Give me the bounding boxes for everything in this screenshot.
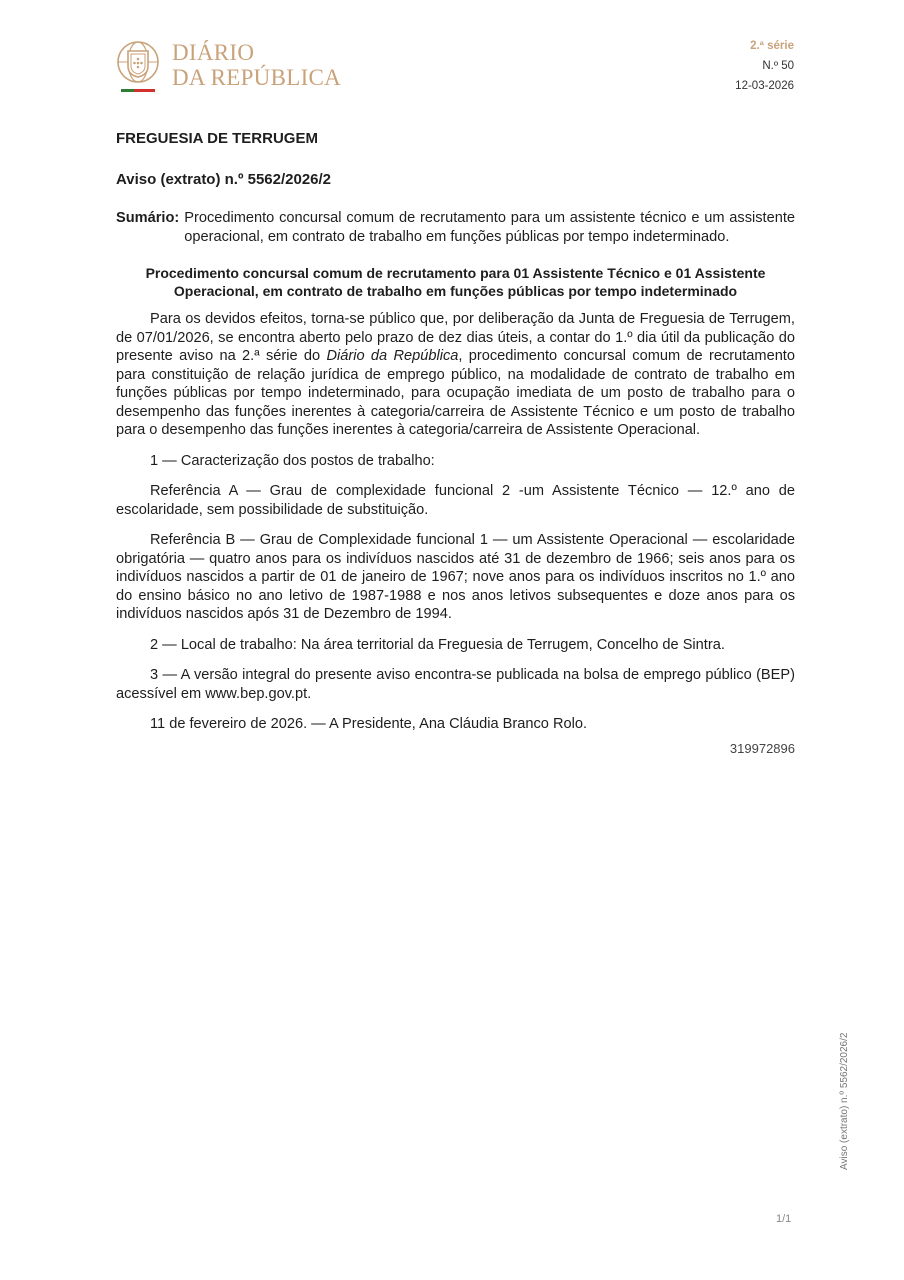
signature-line: 11 de fevereiro de 2026. — A Presidente,… xyxy=(116,715,795,734)
section-heading: Procedimento concursal comum de recrutam… xyxy=(116,264,795,300)
intro-paragraph: Para os devidos efeitos, torna-se públic… xyxy=(116,310,795,440)
page-number: 1/1 xyxy=(776,1213,791,1225)
paragraph-reference-b: Referência B — Grau de Complexidade func… xyxy=(116,531,795,624)
coat-of-arms-icon xyxy=(116,40,160,84)
summary: Sumário: Procedimento concursal comum de… xyxy=(116,209,795,246)
logo-line-2: DA REPÚBLICA xyxy=(172,65,341,90)
logo-text: DIÁRIO DA REPÚBLICA xyxy=(172,40,341,90)
paragraph-section-3: 3 — A versão integral do presente aviso … xyxy=(116,666,795,703)
document-body: FREGUESIA DE TERRUGEM Aviso (extrato) n.… xyxy=(116,130,795,758)
logo-line-1: DIÁRIO xyxy=(172,40,341,65)
serie-label: 2.ª série xyxy=(735,36,794,56)
paragraph-reference-a: Referência A — Grau de complexidade func… xyxy=(116,482,795,519)
diario-da-republica-logo: DIÁRIO DA REPÚBLICA xyxy=(116,40,356,96)
document-title: Aviso (extrato) n.º 5562/2026/2 xyxy=(116,171,795,190)
side-note: Aviso (extrato) n.º 5562/2026/2 xyxy=(839,1033,850,1170)
paragraph-section-1: 1 — Caracterização dos postos de trabalh… xyxy=(116,452,795,471)
summary-text: Procedimento concursal comum de recrutam… xyxy=(184,209,795,246)
publication-name: Diário da República xyxy=(326,348,458,364)
paragraph-section-2: 2 — Local de trabalho: Na área territori… xyxy=(116,636,795,655)
publication-meta: 2.ª série N.º 50 12-03-2026 xyxy=(735,36,794,96)
publication-date: 12-03-2026 xyxy=(735,76,794,96)
issue-number: N.º 50 xyxy=(735,56,794,76)
entity-name: FREGUESIA DE TERRUGEM xyxy=(116,130,795,149)
reference-number: 319972896 xyxy=(116,740,795,759)
flag-stripe xyxy=(121,89,155,92)
summary-label: Sumário: xyxy=(116,209,184,246)
